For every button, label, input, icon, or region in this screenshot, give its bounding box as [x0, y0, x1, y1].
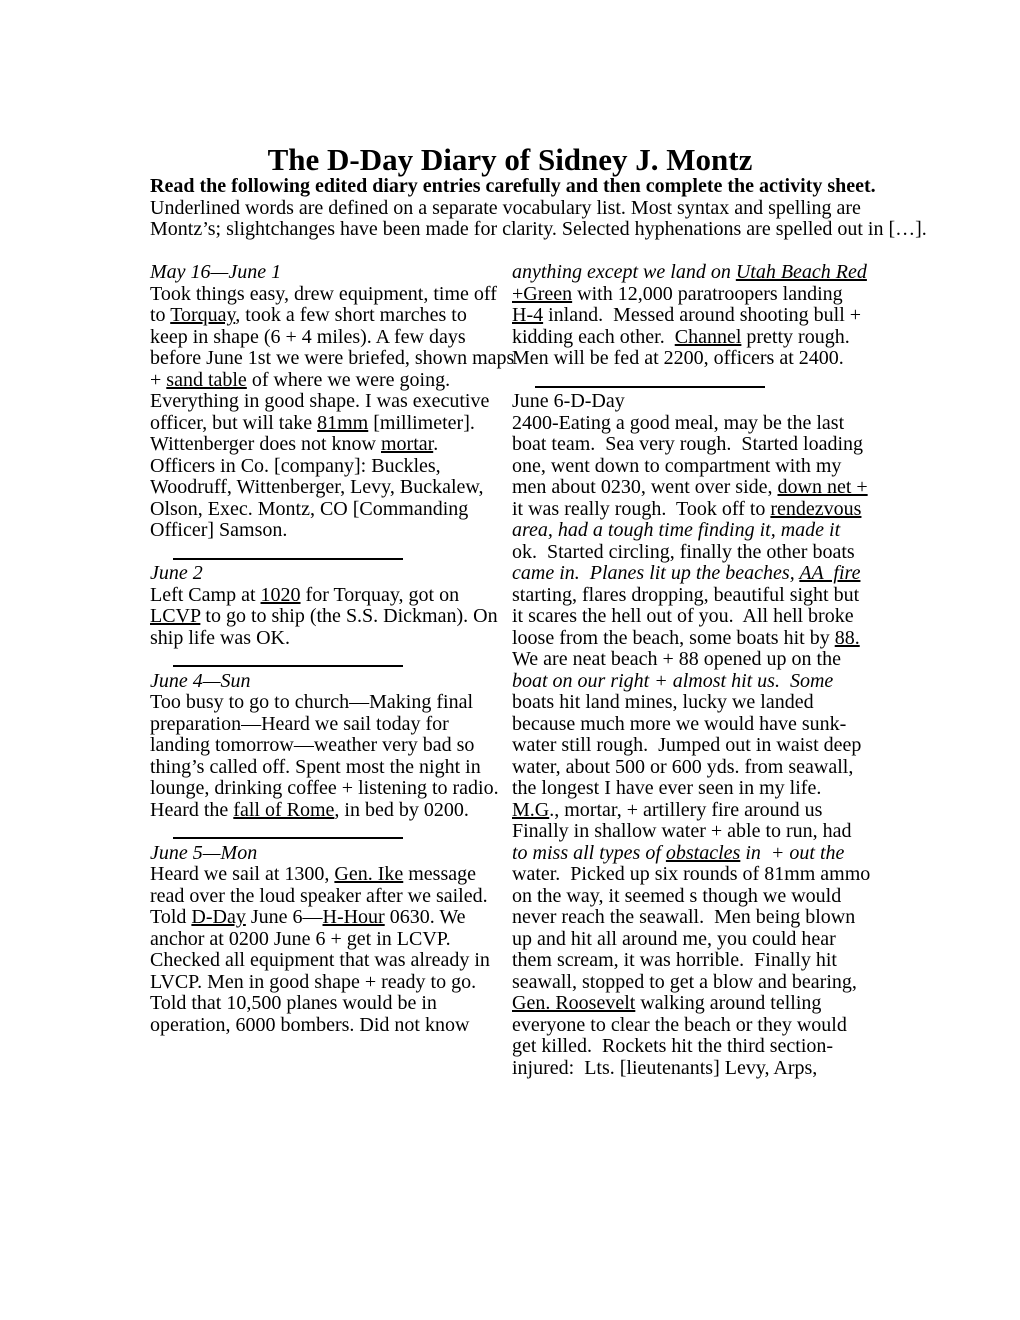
text-line: never reach the seawall. Men being blown — [512, 907, 870, 929]
text-line: on the way, it seemed s though we would — [512, 886, 870, 908]
text-run: preparation—Heard we sail today for — [150, 713, 449, 735]
underlined-term: H-Hour — [323, 906, 385, 928]
underlined-term: 88. — [835, 627, 860, 649]
right-column: anything except we land on Utah Beach Re… — [512, 262, 870, 1079]
underlined-term: sand table — [166, 369, 247, 391]
text-run: it scares the hell out of you. All hell … — [512, 605, 854, 627]
text-run: June 6— — [246, 906, 323, 928]
text-line: Checked all equipment that was already i… — [150, 950, 512, 972]
section-divider — [150, 542, 512, 564]
text-line: Read the following edited diary entries … — [150, 176, 870, 198]
underlined-term: 81mm — [317, 412, 368, 434]
entry-heading: June 2 — [150, 563, 512, 585]
text-run: get killed. Rockets hit the third sectio… — [512, 1035, 833, 1057]
text-run: one, went down to compartment with my — [512, 455, 841, 477]
text-line: +Green with 12,000 paratroopers landing — [512, 284, 870, 306]
underlined-term: Torquay — [170, 304, 235, 326]
text-line: starting, flares dropping, beautiful sig… — [512, 585, 870, 607]
text-run: because much more we would have sunk- — [512, 713, 846, 735]
text-run: anything except we land on — [512, 261, 736, 283]
intro-paragraph: Read the following edited diary entries … — [150, 176, 870, 241]
text-run: , in bed by 0200. — [334, 799, 468, 821]
text-run: with 12,000 paratroopers landing — [572, 283, 843, 305]
text-line: loose from the beach, some boats hit by … — [512, 628, 870, 650]
text-line: Took things easy, drew equipment, time o… — [150, 284, 512, 306]
text-line: kidding each other. Channel pretty rough… — [512, 327, 870, 349]
text-run: before June 1st we were briefed, shown m… — [150, 347, 514, 369]
text-run: Read the following edited diary entries … — [150, 175, 876, 197]
text-line: lounge, drinking coffee + listening to r… — [150, 778, 512, 800]
underlined-term: Channel — [675, 326, 742, 348]
underlined-term: obstacles — [666, 842, 740, 864]
text-run: boat on our right + almost hit us. Some — [512, 670, 833, 692]
text-run: Told — [150, 906, 191, 928]
text-run: the longest I have ever seen in my life. — [512, 777, 821, 799]
underlined-term: Utah Beach Red — [736, 261, 867, 283]
text-run: June 4—Sun — [150, 670, 251, 692]
underlined-term: LCVP — [150, 605, 200, 627]
text-run: never reach the seawall. Men being blown — [512, 906, 855, 928]
text-run: June 6-D-Day — [512, 390, 625, 412]
divider-rule — [173, 542, 403, 560]
text-line: Finally in shallow water + able to run, … — [512, 821, 870, 843]
text-line: thing’s called off. Spent most the night… — [150, 757, 512, 779]
text-run: men about 0230, went over side, — [512, 476, 778, 498]
underlined-term: 1020 — [261, 584, 301, 606]
text-line: anchor at 0200 June 6 + get in LCVP. — [150, 929, 512, 951]
divider-rule — [173, 821, 403, 839]
text-run: water. Picked up six rounds of 81mm ammo — [512, 863, 870, 885]
text-line: everyone to clear the beach or they woul… — [512, 1015, 870, 1037]
section-divider — [512, 370, 870, 392]
text-run: June 2 — [150, 562, 203, 584]
text-line: Told D-Day June 6—H-Hour 0630. We — [150, 907, 512, 929]
text-line: Wittenberger does not know mortar. — [150, 434, 512, 456]
text-run: boat team. Sea very rough. Started loadi… — [512, 433, 863, 455]
underlined-term: AA fire — [799, 562, 860, 584]
text-run: message — [403, 863, 476, 885]
text-run: to — [150, 304, 170, 326]
text-run: Woodruff, Wittenberger, Levy, Buckalew, — [150, 476, 484, 498]
text-line: up and hit all around me, you could hear — [512, 929, 870, 951]
text-line: Too busy to go to church—Making final — [150, 692, 512, 714]
text-run: Heard we sail at 1300, — [150, 863, 334, 885]
text-line: Officer] Samson. — [150, 520, 512, 542]
entry-heading: June 4—Sun — [150, 671, 512, 693]
text-run: boats hit land mines, lucky we landed — [512, 691, 814, 713]
text-run: them scream, it was horrible. Finally hi… — [512, 949, 837, 971]
text-run: [millimeter]. — [368, 412, 475, 434]
text-run: Finally in shallow water + able to run, … — [512, 820, 852, 842]
text-run: Everything in good shape. I was executiv… — [150, 390, 489, 412]
text-line: Left Camp at 1020 for Torquay, got on — [150, 585, 512, 607]
text-line: Underlined words are defined on a separa… — [150, 198, 870, 220]
text-line: it was really rough. Took off to rendezv… — [512, 499, 870, 521]
text-line: because much more we would have sunk- — [512, 714, 870, 736]
text-run: it was really rough. Took off to — [512, 498, 770, 520]
text-line: Officers in Co. [company]: Buckles, — [150, 456, 512, 478]
text-line: officer, but will take 81mm [millimeter]… — [150, 413, 512, 435]
text-line: area, had a tough time finding it, made … — [512, 520, 870, 542]
text-run: loose from the beach, some boats hit by — [512, 627, 835, 649]
text-line: boat team. Sea very rough. Started loadi… — [512, 434, 870, 456]
entry-heading: June 5—Mon — [150, 843, 512, 865]
text-run: Olson, Exec. Montz, CO [Commanding — [150, 498, 468, 520]
text-run: 2400-Eating a good meal, may be the last — [512, 412, 844, 434]
text-line: the longest I have ever seen in my life. — [512, 778, 870, 800]
text-run: Too busy to go to church—Making final — [150, 691, 473, 713]
text-run: Officers in Co. [company]: Buckles, — [150, 455, 441, 477]
two-column-layout: May 16—June 1Took things easy, drew equi… — [150, 262, 870, 1079]
text-run: up and hit all around me, you could hear — [512, 928, 836, 950]
text-run: read over the loud speaker after we sail… — [150, 885, 488, 907]
text-line: read over the loud speaker after we sail… — [150, 886, 512, 908]
text-line: to Torquay, took a few short marches to — [150, 305, 512, 327]
entry-heading: May 16—June 1 — [150, 262, 512, 284]
text-line: keep in shape (6 + 4 miles). A few days — [150, 327, 512, 349]
text-run: to miss all types of — [512, 842, 666, 864]
text-run: Men will be fed at 2200, officers at 240… — [512, 347, 844, 369]
text-run: water still rough. Jumped out in waist d… — [512, 734, 861, 756]
text-run: Checked all equipment that was already i… — [150, 949, 490, 971]
text-run: everyone to clear the beach or they woul… — [512, 1014, 847, 1036]
text-line: Woodruff, Wittenberger, Levy, Buckalew, — [150, 477, 512, 499]
text-line: boats hit land mines, lucky we landed — [512, 692, 870, 714]
underlined-term: rendezvous — [770, 498, 861, 520]
text-run: injured: Lts. [lieutenants] Levy, Arps, — [512, 1057, 817, 1079]
text-run: thing’s called off. Spent most the night… — [150, 756, 481, 778]
text-run: seawall, stopped to get a blow and beari… — [512, 971, 857, 993]
text-run: We are neat beach + 88 opened up on the — [512, 648, 841, 670]
text-line: water still rough. Jumped out in waist d… — [512, 735, 870, 757]
text-line: Told that 10,500 planes would be in — [150, 993, 512, 1015]
text-run: + — [150, 369, 166, 391]
text-line: seawall, stopped to get a blow and beari… — [512, 972, 870, 994]
text-line: boat on our right + almost hit us. Some — [512, 671, 870, 693]
text-run: , took a few short marches to — [235, 304, 467, 326]
text-run: lounge, drinking coffee + listening to r… — [150, 777, 499, 799]
text-line: men about 0230, went over side, down net… — [512, 477, 870, 499]
text-run: officer, but will take — [150, 412, 317, 434]
text-run: May 16—June 1 — [150, 261, 281, 283]
text-run: to go to ship (the S.S. Dickman). On — [200, 605, 497, 627]
text-line: water, about 500 or 600 yds. from seawal… — [512, 757, 870, 779]
text-run: Left Camp at — [150, 584, 261, 606]
text-line: landing tomorrow—weather very bad so — [150, 735, 512, 757]
left-column: May 16—June 1Took things easy, drew equi… — [150, 262, 512, 1079]
text-run: area, had a tough time finding it, made … — [512, 519, 840, 541]
underlined-term: D-Day — [191, 906, 245, 928]
text-run: . — [433, 433, 438, 455]
text-run: water, about 500 or 600 yds. from seawal… — [512, 756, 853, 778]
text-line: We are neat beach + 88 opened up on the — [512, 649, 870, 671]
text-run: Underlined words are defined on a separa… — [150, 197, 861, 219]
text-line: H-4 inland. Messed around shooting bull … — [512, 305, 870, 327]
text-line: water. Picked up six rounds of 81mm ammo — [512, 864, 870, 886]
text-run: ship life was OK. — [150, 627, 290, 649]
text-run: 0630. We — [385, 906, 466, 928]
text-line: it scares the hell out of you. All hell … — [512, 606, 870, 628]
text-line: came in. Planes lit up the beaches, AA f… — [512, 563, 870, 585]
text-line: Men will be fed at 2200, officers at 240… — [512, 348, 870, 370]
text-line: Heard we sail at 1300, Gen. Ike message — [150, 864, 512, 886]
text-run: keep in shape (6 + 4 miles). A few days — [150, 326, 466, 348]
text-run: in + out the — [740, 842, 844, 864]
text-run: inland. Messed around shooting bull + — [543, 304, 861, 326]
text-run: Told that 10,500 planes would be in — [150, 992, 437, 1014]
text-run: Heard the — [150, 799, 233, 821]
text-line: one, went down to compartment with my — [512, 456, 870, 478]
text-line: anything except we land on Utah Beach Re… — [512, 262, 870, 284]
underlined-term: mortar — [381, 433, 433, 455]
text-line: LVCP. Men in good shape + ready to go. — [150, 972, 512, 994]
text-line: get killed. Rockets hit the third sectio… — [512, 1036, 870, 1058]
text-run: Montz’s; slightchanges have been made fo… — [150, 218, 927, 240]
underlined-term: +Green — [512, 283, 572, 305]
text-line: preparation—Heard we sail today for — [150, 714, 512, 736]
text-run: for Torquay, got on — [301, 584, 460, 606]
divider-rule — [173, 649, 403, 667]
text-line: + sand table of where we were going. — [150, 370, 512, 392]
underlined-term: H-4 — [512, 304, 543, 326]
text-line: Montz’s; slightchanges have been made fo… — [150, 219, 870, 241]
text-line: to miss all types of obstacles in + out … — [512, 843, 870, 865]
document-page: The D-Day Diary of Sidney J. Montz Read … — [0, 0, 1020, 1320]
text-line: them scream, it was horrible. Finally hi… — [512, 950, 870, 972]
page-title: The D-Day Diary of Sidney J. Montz — [150, 144, 870, 176]
text-line: ok. Started circling, finally the other … — [512, 542, 870, 564]
text-line: injured: Lts. [lieutenants] Levy, Arps, — [512, 1058, 870, 1080]
text-line: Olson, Exec. Montz, CO [Commanding — [150, 499, 512, 521]
text-line: M.G., mortar, + artillery fire around us — [512, 800, 870, 822]
page-content: The D-Day Diary of Sidney J. Montz Read … — [150, 144, 870, 1079]
underlined-term: fall of Rome — [233, 799, 334, 821]
entry-heading: June 6-D-Day — [512, 391, 870, 413]
text-run: starting, flares dropping, beautiful sig… — [512, 584, 859, 606]
text-line: LCVP to go to ship (the S.S. Dickman). O… — [150, 606, 512, 628]
text-line: ship life was OK. — [150, 628, 512, 650]
text-line: operation, 6000 bombers. Did not know — [150, 1015, 512, 1037]
text-run: on the way, it seemed s though we would — [512, 885, 841, 907]
text-run: anchor at 0200 June 6 + get in LCVP. — [150, 928, 451, 950]
text-run: operation, 6000 bombers. Did not know — [150, 1014, 469, 1036]
text-line: before June 1st we were briefed, shown m… — [150, 348, 512, 370]
section-divider — [150, 649, 512, 671]
text-run: walking around telling — [635, 992, 821, 1014]
underlined-term: Gen. Roosevelt — [512, 992, 635, 1014]
text-run: Wittenberger does not know — [150, 433, 381, 455]
text-run: June 5—Mon — [150, 842, 257, 864]
text-run: ., mortar, + artillery fire around us — [549, 799, 822, 821]
text-run: kidding each other. — [512, 326, 675, 348]
underlined-term: M.G — [512, 799, 549, 821]
underlined-term: Gen. Ike — [334, 863, 403, 885]
text-run: of where we were going. — [247, 369, 450, 391]
text-line: Heard the fall of Rome, in bed by 0200. — [150, 800, 512, 822]
text-line: 2400-Eating a good meal, may be the last — [512, 413, 870, 435]
text-line: Gen. Roosevelt walking around telling — [512, 993, 870, 1015]
underlined-term: down net + — [778, 476, 868, 498]
divider-rule — [535, 370, 765, 388]
text-run: LVCP. Men in good shape + ready to go. — [150, 971, 476, 993]
text-run: Took things easy, drew equipment, time o… — [150, 283, 497, 305]
text-run: pretty rough. — [741, 326, 849, 348]
text-line: Everything in good shape. I was executiv… — [150, 391, 512, 413]
section-divider — [150, 821, 512, 843]
text-run: ok. Started circling, finally the other … — [512, 541, 855, 563]
text-run: landing tomorrow—weather very bad so — [150, 734, 474, 756]
text-run: came in. Planes lit up the beaches, — [512, 562, 799, 584]
text-run: Officer] Samson. — [150, 519, 287, 541]
